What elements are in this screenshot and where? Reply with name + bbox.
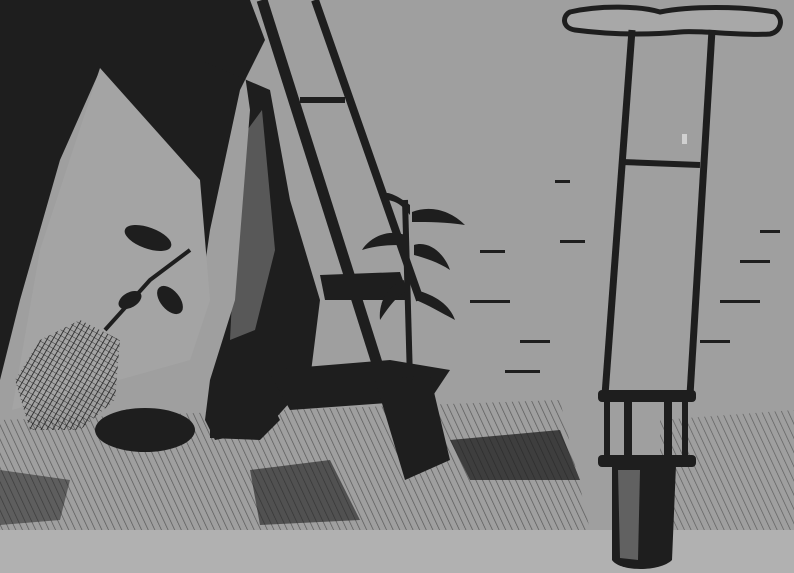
engraving-drawing: [0, 0, 794, 573]
engraving-image: Vintage black-and-white engraving of gar…: [0, 0, 794, 573]
